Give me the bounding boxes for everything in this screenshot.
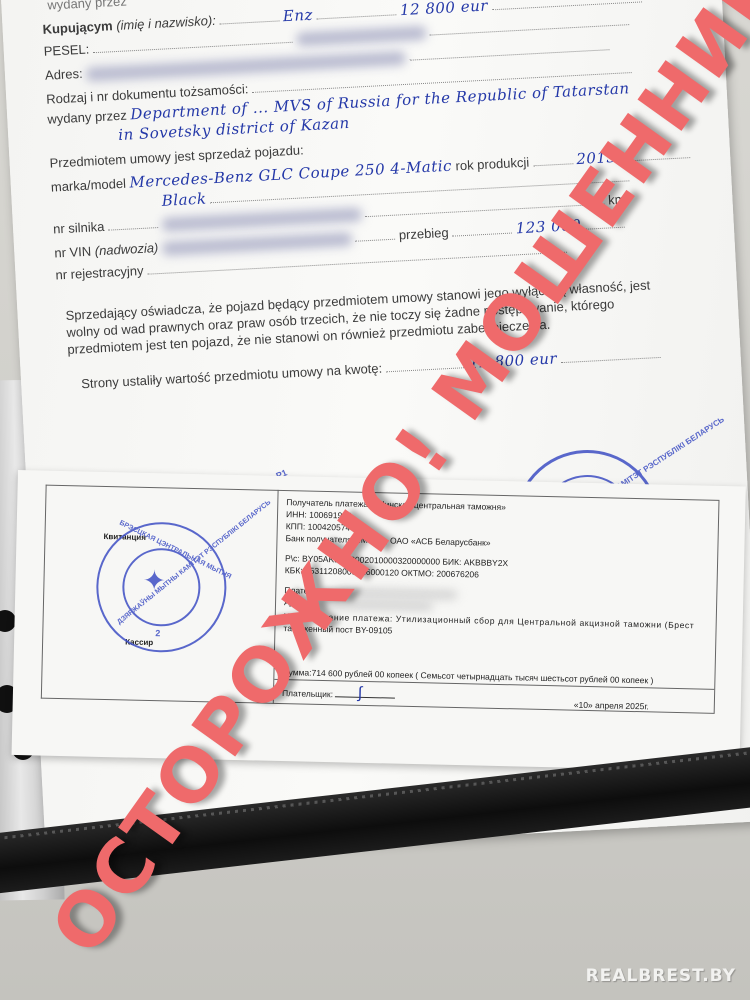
year-label: rok produkcji: [455, 155, 529, 174]
signature-mark-icon: ∫: [358, 685, 363, 702]
issued-by-label: wydany przez: [47, 108, 127, 127]
price-top-handwriting: 12 800 eur: [400, 0, 489, 19]
site-watermark: REALBREST.BY: [586, 966, 736, 986]
belarus-customs-stamp: ДЗЯРЖАЎНЫ МЫТНЫ КАМІТЭТ РЭСПУБЛІКІ БЕЛАР…: [95, 521, 228, 654]
make-model-label: marka/model: [51, 176, 127, 195]
engine-label: nr silnika: [53, 219, 105, 237]
color-value: Black: [161, 190, 207, 210]
redacted-vin: [162, 232, 352, 256]
cut-top-label: wydany przez: [47, 0, 127, 13]
mileage-label: przebieg: [398, 225, 449, 243]
vin-hint: (nadwozia): [94, 240, 158, 258]
buyer-handwriting: Enz: [282, 6, 313, 26]
belarus-stamp-number: 2: [155, 628, 160, 638]
photo-scene: wydany przez Kupującym (imię i nazwisko)…: [0, 0, 750, 1000]
redacted-pesel: [296, 25, 427, 46]
address-label: Adres:: [45, 66, 83, 83]
vin-label: nr VIN: [54, 244, 92, 261]
registration-label: nr rejestracyjny: [55, 263, 144, 283]
pesel-label: PESEL:: [43, 41, 89, 58]
buyer-hint: (imię i nazwisko):: [116, 13, 216, 33]
redacted-engine-number: [161, 207, 361, 231]
value-label: Strony ustaliły wartość przedmiotu umowy…: [81, 361, 383, 392]
buyer-label: Kupującym: [42, 18, 113, 37]
coat-of-arms-icon: ✦: [142, 564, 166, 598]
receipt-date: «10» апреля 2025г.: [574, 700, 649, 712]
